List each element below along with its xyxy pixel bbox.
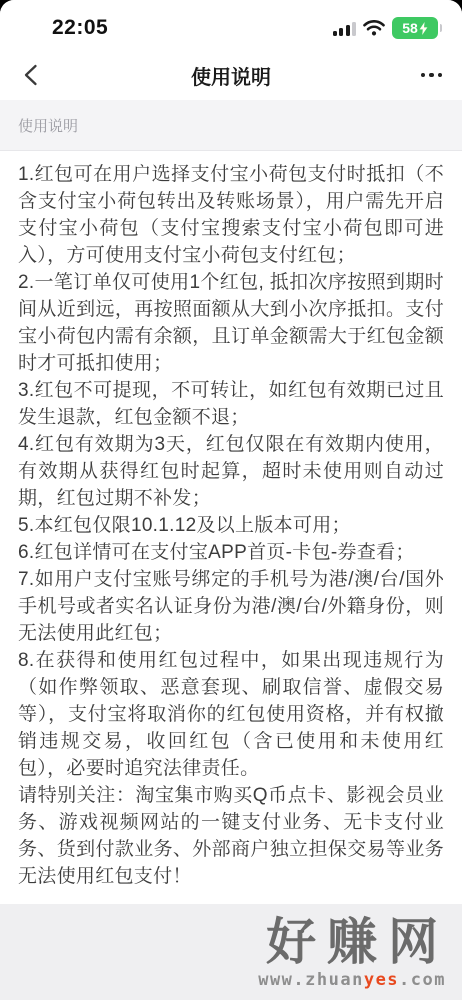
wifi-icon: [363, 20, 385, 36]
instruction-paragraph: 4.红包有效期为3天，红包仅限在有效期内使用，有效期从获得红包时起算，超时未使用…: [18, 431, 444, 512]
section-label: 使用说明: [18, 115, 78, 136]
clock: 22:05: [20, 16, 108, 40]
more-menu-button[interactable]: [421, 57, 443, 93]
instruction-paragraph: 5.本红包仅限10.1.12及以上版本可用；: [18, 512, 444, 539]
instruction-paragraph: 1.红包可在用户选择支付宝小荷包支付时抵扣（不含支付宝小荷包转出及转账场景），用…: [18, 161, 444, 269]
nav-bar: 使用说明: [0, 50, 462, 100]
watermark-url: www.zhuanyes.com: [258, 970, 446, 990]
instruction-paragraph: 8.在获得和使用红包过程中，如果出现违规行为（如作弊领取、恶意套现、刷取信誉、虚…: [18, 647, 444, 782]
section-header: 使用说明: [0, 100, 462, 151]
charging-bolt-icon: [419, 22, 428, 35]
cellular-signal-icon: [333, 21, 357, 36]
instructions-body: 1.红包可在用户选择支付宝小荷包支付时抵扣（不含支付宝小荷包转出及转账场景），用…: [0, 151, 462, 904]
back-button[interactable]: [20, 57, 42, 93]
chevron-left-icon: [20, 61, 42, 89]
battery-tip: [440, 24, 443, 32]
app-screen: 22:05 58: [0, 0, 462, 1000]
watermark-logo-text: 好赚网: [258, 917, 457, 967]
instruction-paragraph: 请特别关注：淘宝集市购买Q币点卡、影视会员业务、游戏视频网站的一键支付业务、无卡…: [18, 782, 444, 890]
instruction-paragraph: 6.红包详情可在支付宝APP首页-卡包-券查看；: [18, 539, 444, 566]
instruction-paragraph: 2.一笔订单仅可使用1个红包, 抵扣次序按照到期时间从近到远，再按照面额从大到小…: [18, 269, 444, 377]
battery-percent: 58: [402, 20, 418, 36]
instruction-paragraph: 7.如用户支付宝账号绑定的手机号为港/澳/台/国外手机号或者实名认证身份为港/澳…: [18, 566, 444, 647]
status-bar: 22:05 58: [0, 0, 462, 50]
status-icons: 58: [333, 17, 443, 39]
battery-icon: 58: [392, 17, 442, 39]
instruction-paragraph: 3.红包不可提现，不可转让，如红包有效期已过且发生退款，红包金额不退；: [18, 377, 444, 431]
ellipsis-icon: [421, 73, 443, 78]
footer-area: 好赚网 www.zhuanyes.com: [0, 904, 462, 1000]
watermark: 好赚网 www.zhuanyes.com: [258, 917, 446, 990]
page-title: 使用说明: [0, 61, 462, 90]
